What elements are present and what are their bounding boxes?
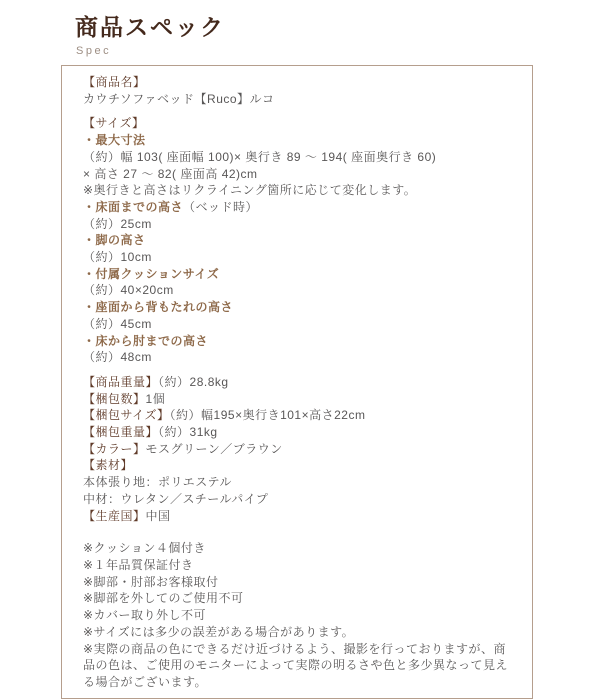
spec-line-value: モスグリーン／ブラウン <box>146 442 283 456</box>
spec-line-heading-value: 【商品重量】（約）28.8kg <box>83 374 518 391</box>
spec-line-heading-value: 【生産国】中国 <box>83 508 518 525</box>
spec-line-label: ・最大寸法 <box>83 133 146 147</box>
spec-line-text: （約）45cm <box>83 316 518 333</box>
spec-line-label: ・座面から背もたれの高さ <box>83 300 233 314</box>
spec-line-text: （約）25cm <box>83 216 518 233</box>
spec-line-heading-value: 【梱包サイズ】（約）幅195×奥行き101×高さ22cm <box>83 407 518 424</box>
spec-line-label: 【生産国】 <box>83 509 146 523</box>
spec-line-label: 【梱包重量】 <box>83 425 158 439</box>
spec-line-text: （約）幅 103( 座面幅 100)× 奥行き 89 ～ 194( 座面奥行き … <box>83 149 518 166</box>
spec-line-label: 【梱包サイズ】 <box>83 408 170 422</box>
spec-line-label: ・脚の高さ <box>83 233 146 247</box>
spec-line-bullet: ・脚の高さ <box>83 232 518 249</box>
spec-line-label: ・付属クッションサイズ <box>83 267 219 281</box>
spec-line-text: ※実際の商品の色にできるだけ近づけるよう、撮影を行っておりますが、商品の色は、ご… <box>83 641 518 691</box>
spec-line-text: ※１年品質保証付き <box>83 557 518 574</box>
spec-line-text: 本体張り地：ポリエステル <box>83 474 518 491</box>
spec-line-value: （約）28.8kg <box>158 375 229 389</box>
spec-line-value: （ベッド時） <box>183 200 258 214</box>
spec-line-bullet: ・付属クッションサイズ <box>83 266 518 283</box>
spec-line-spacer <box>83 532 518 540</box>
spec-line-text: ※クッション４個付き <box>83 540 518 557</box>
spec-line-bullet: ・最大寸法 <box>83 132 518 149</box>
spec-line-label: 【カラー】 <box>83 442 146 456</box>
spec-line-text: ※脚部を外してのご使用不可 <box>83 590 518 607</box>
spec-line-spacer <box>83 524 518 532</box>
spec-box: 【商品名】カウチソファベッド【Ruco】ルコ【サイズ】・最大寸法（約）幅 103… <box>61 65 533 699</box>
spec-line-heading: 【商品名】 <box>83 74 518 91</box>
spec-line-heading: 【素材】 <box>83 457 518 474</box>
spec-line-heading: 【サイズ】 <box>83 115 518 132</box>
spec-line-label: ・床面までの高さ <box>83 200 183 214</box>
page-subtitle: Spec <box>76 45 600 57</box>
spec-line-value: 中国 <box>146 509 171 523</box>
spec-line-heading-value: 【カラー】モスグリーン／ブラウン <box>83 441 518 458</box>
spec-line-value: （約）31kg <box>158 425 218 439</box>
spec-line-label: ・床から肘までの高さ <box>83 334 208 348</box>
spec-line-text: 中材：ウレタン／スチールパイプ <box>83 491 518 508</box>
spec-line-spacer <box>83 107 518 115</box>
spec-line-label: 【梱包数】 <box>83 392 146 406</box>
spec-line-value: （約）幅195×奥行き101×高さ22cm <box>170 408 366 422</box>
spec-line-heading-value: 【梱包数】1個 <box>83 391 518 408</box>
spec-line-bullet: ・床から肘までの高さ <box>83 333 518 350</box>
spec-line-text: ※脚部・肘部お客様取付 <box>83 574 518 591</box>
spec-line-heading-value: 【梱包重量】（約）31kg <box>83 424 518 441</box>
spec-line-text: （約）48cm <box>83 349 518 366</box>
spec-line-bullet: ・床面までの高さ（ベッド時） <box>83 199 518 216</box>
spec-line-text: カウチソファベッド【Ruco】ルコ <box>83 91 518 108</box>
spec-line-text: ※奥行きと高さはリクライニング箇所に応じて変化します。 <box>83 182 518 199</box>
spec-line-text: ※サイズには多少の誤差がある場合があります。 <box>83 624 518 641</box>
page-title: 商品スペック <box>75 9 600 42</box>
spec-line-bullet: ・座面から背もたれの高さ <box>83 299 518 316</box>
spec-line-label: 【商品重量】 <box>83 375 158 389</box>
spec-line-text: （約）10cm <box>83 249 518 266</box>
page-header: 商品スペック Spec <box>0 0 600 57</box>
spec-line-value: 1個 <box>146 392 166 406</box>
spec-line-spacer <box>83 366 518 374</box>
spec-line-text: （約）40×20cm <box>83 282 518 299</box>
spec-line-text: × 高さ 27 ～ 82( 座面高 42)cm <box>83 166 518 183</box>
spec-line-text: ※カバー取り外し不可 <box>83 607 518 624</box>
